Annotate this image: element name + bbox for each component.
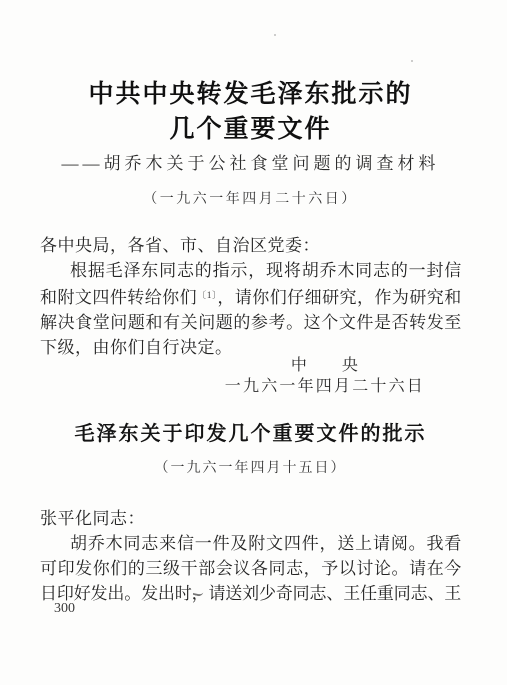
document-subtitle: ——胡乔木关于公社食堂问题的调查材料 xyxy=(40,152,461,175)
signature-block: 中 央 一九六一年四月二十六日 xyxy=(225,356,425,398)
body-text: 和附文四件转给你们 xyxy=(40,288,197,307)
document-title-line-2: 几个重要文件 xyxy=(40,112,461,147)
body-line: 解决食堂问题和有关问题的参考。这个文件是否转发至 xyxy=(40,310,461,335)
second-document-date: （一九六一年四月十五日） xyxy=(40,459,461,479)
body-line: 日印好发出。发出时，请送刘少奇同志、王任重同志、王 xyxy=(40,581,461,606)
signature-date: 一九六一年四月二十六日 xyxy=(225,376,425,398)
scan-speck xyxy=(411,60,413,62)
body-text: ，请你们仔细研究，作为研究和 xyxy=(217,288,461,307)
body-line: 胡乔木同志来信一件及附文四件，送上请阅。我看 xyxy=(40,531,461,556)
salutation: 各中央局，各省、市、自治区党委： xyxy=(40,233,461,258)
second-document-title: 毛泽东关于印发几个重要文件的批示 xyxy=(40,420,461,448)
second-salutation: 张平化同志： xyxy=(40,506,461,531)
footnote-marker: 〔1〕 xyxy=(197,290,217,300)
document-instruction: 毛泽东关于印发几个重要文件的批示 （一九六一年四月十五日） 张平化同志： 胡乔木… xyxy=(40,420,461,606)
document-transmittal: 中共中央转发毛泽东批示的 几个重要文件 ——胡乔木关于公社食堂问题的调查材料 （… xyxy=(40,77,461,398)
scanned-document-page: 中共中央转发毛泽东批示的 几个重要文件 ——胡乔木关于公社食堂问题的调查材料 （… xyxy=(0,0,507,685)
body-line: 可印发你们的三级干部会议各同志，予以讨论。请在今 xyxy=(40,556,461,581)
body-line: 和附文四件转给你们〔1〕，请你们仔细研究，作为研究和 xyxy=(40,283,461,310)
page-content: 中共中央转发毛泽东批示的 几个重要文件 ——胡乔木关于公社食堂问题的调查材料 （… xyxy=(0,0,507,619)
document-date: （一九六一年四月二十六日） xyxy=(40,190,461,210)
document-title-line-1: 中共中央转发毛泽东批示的 xyxy=(40,77,461,112)
scan-speck xyxy=(274,34,276,36)
body-line: 根据毛泽东同志的指示，现将胡乔木同志的一封信 xyxy=(40,258,461,283)
signer-name: 中 央 xyxy=(225,356,425,376)
document-title: 中共中央转发毛泽东批示的 几个重要文件 xyxy=(40,77,461,147)
